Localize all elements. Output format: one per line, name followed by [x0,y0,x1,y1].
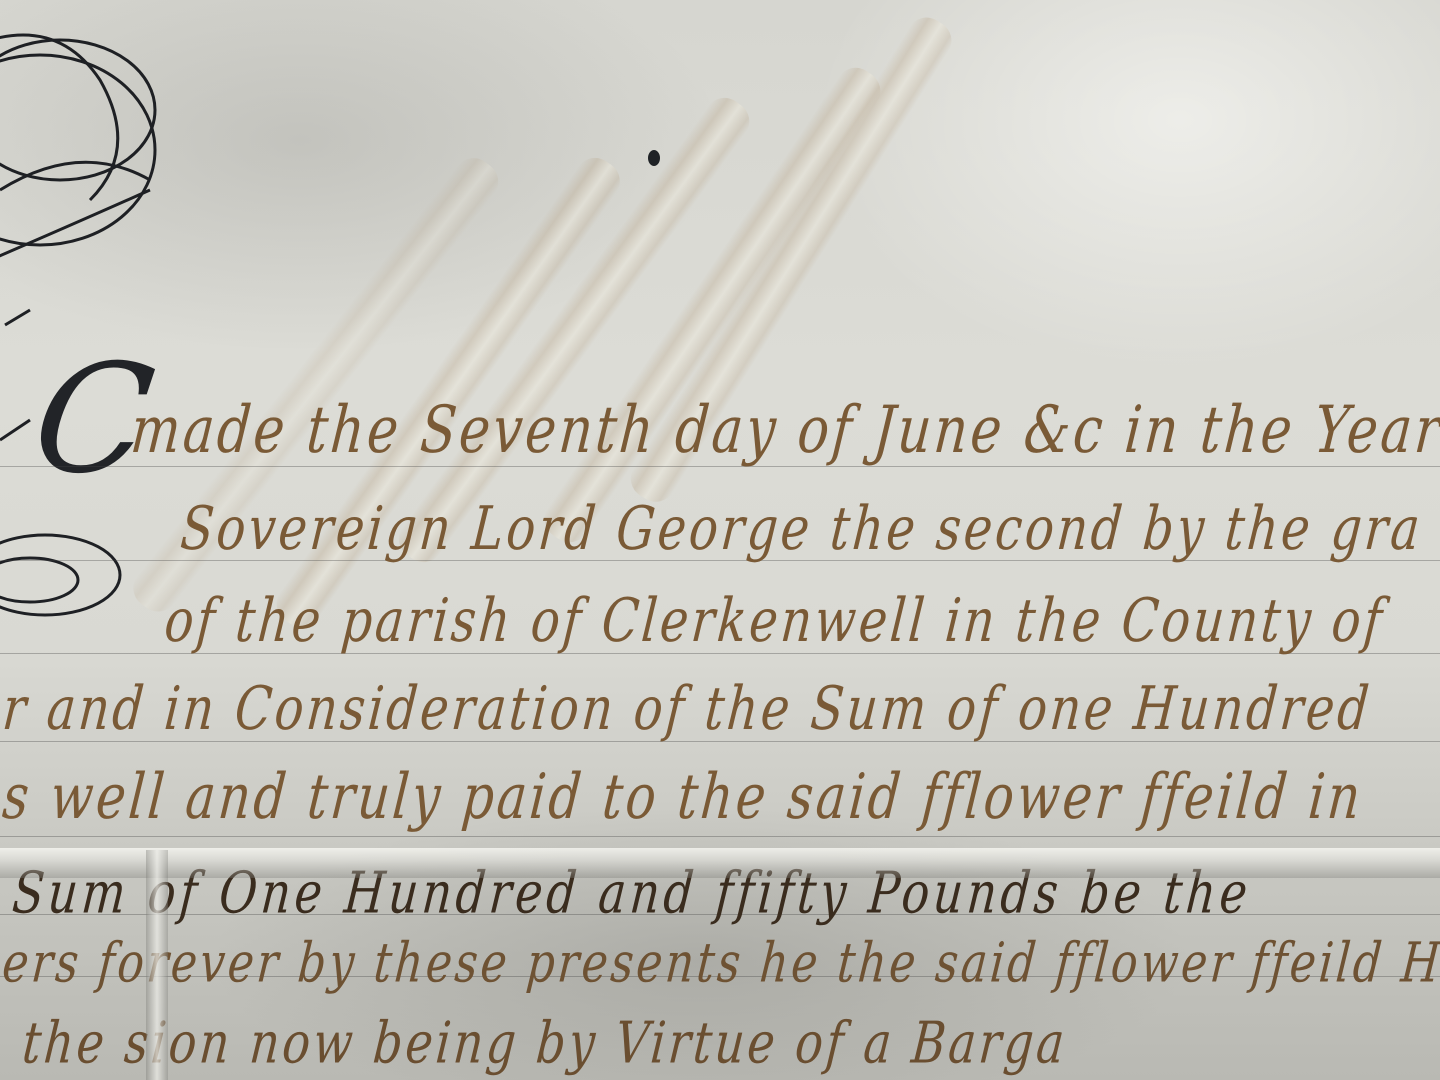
ruled-line [0,836,1440,837]
manuscript-line-7: ers forever by these presents he the sai… [0,931,1440,995]
manuscript-line-8: the sion now being by Virtue of a Barga [20,1009,1070,1077]
paper-fold-horizontal [0,848,1440,878]
manuscript-line-5: s well and truly paid to the said fflowe… [0,761,1366,834]
ink-blot [648,150,660,166]
manuscript-line-2: Sovereign Lord George the second by the … [178,494,1425,564]
manuscript-line-3: of the parish of Clerkenwell in the Coun… [162,586,1388,656]
manuscript-line-1: made the Seventh day of June &c in the Y… [128,393,1440,468]
manuscript-line-4: r and in Consideration of the Sum of one… [0,674,1374,744]
parchment-document: C made the Seventh day of June &c in the… [0,0,1440,1080]
paper-fold-vertical [146,850,168,1080]
